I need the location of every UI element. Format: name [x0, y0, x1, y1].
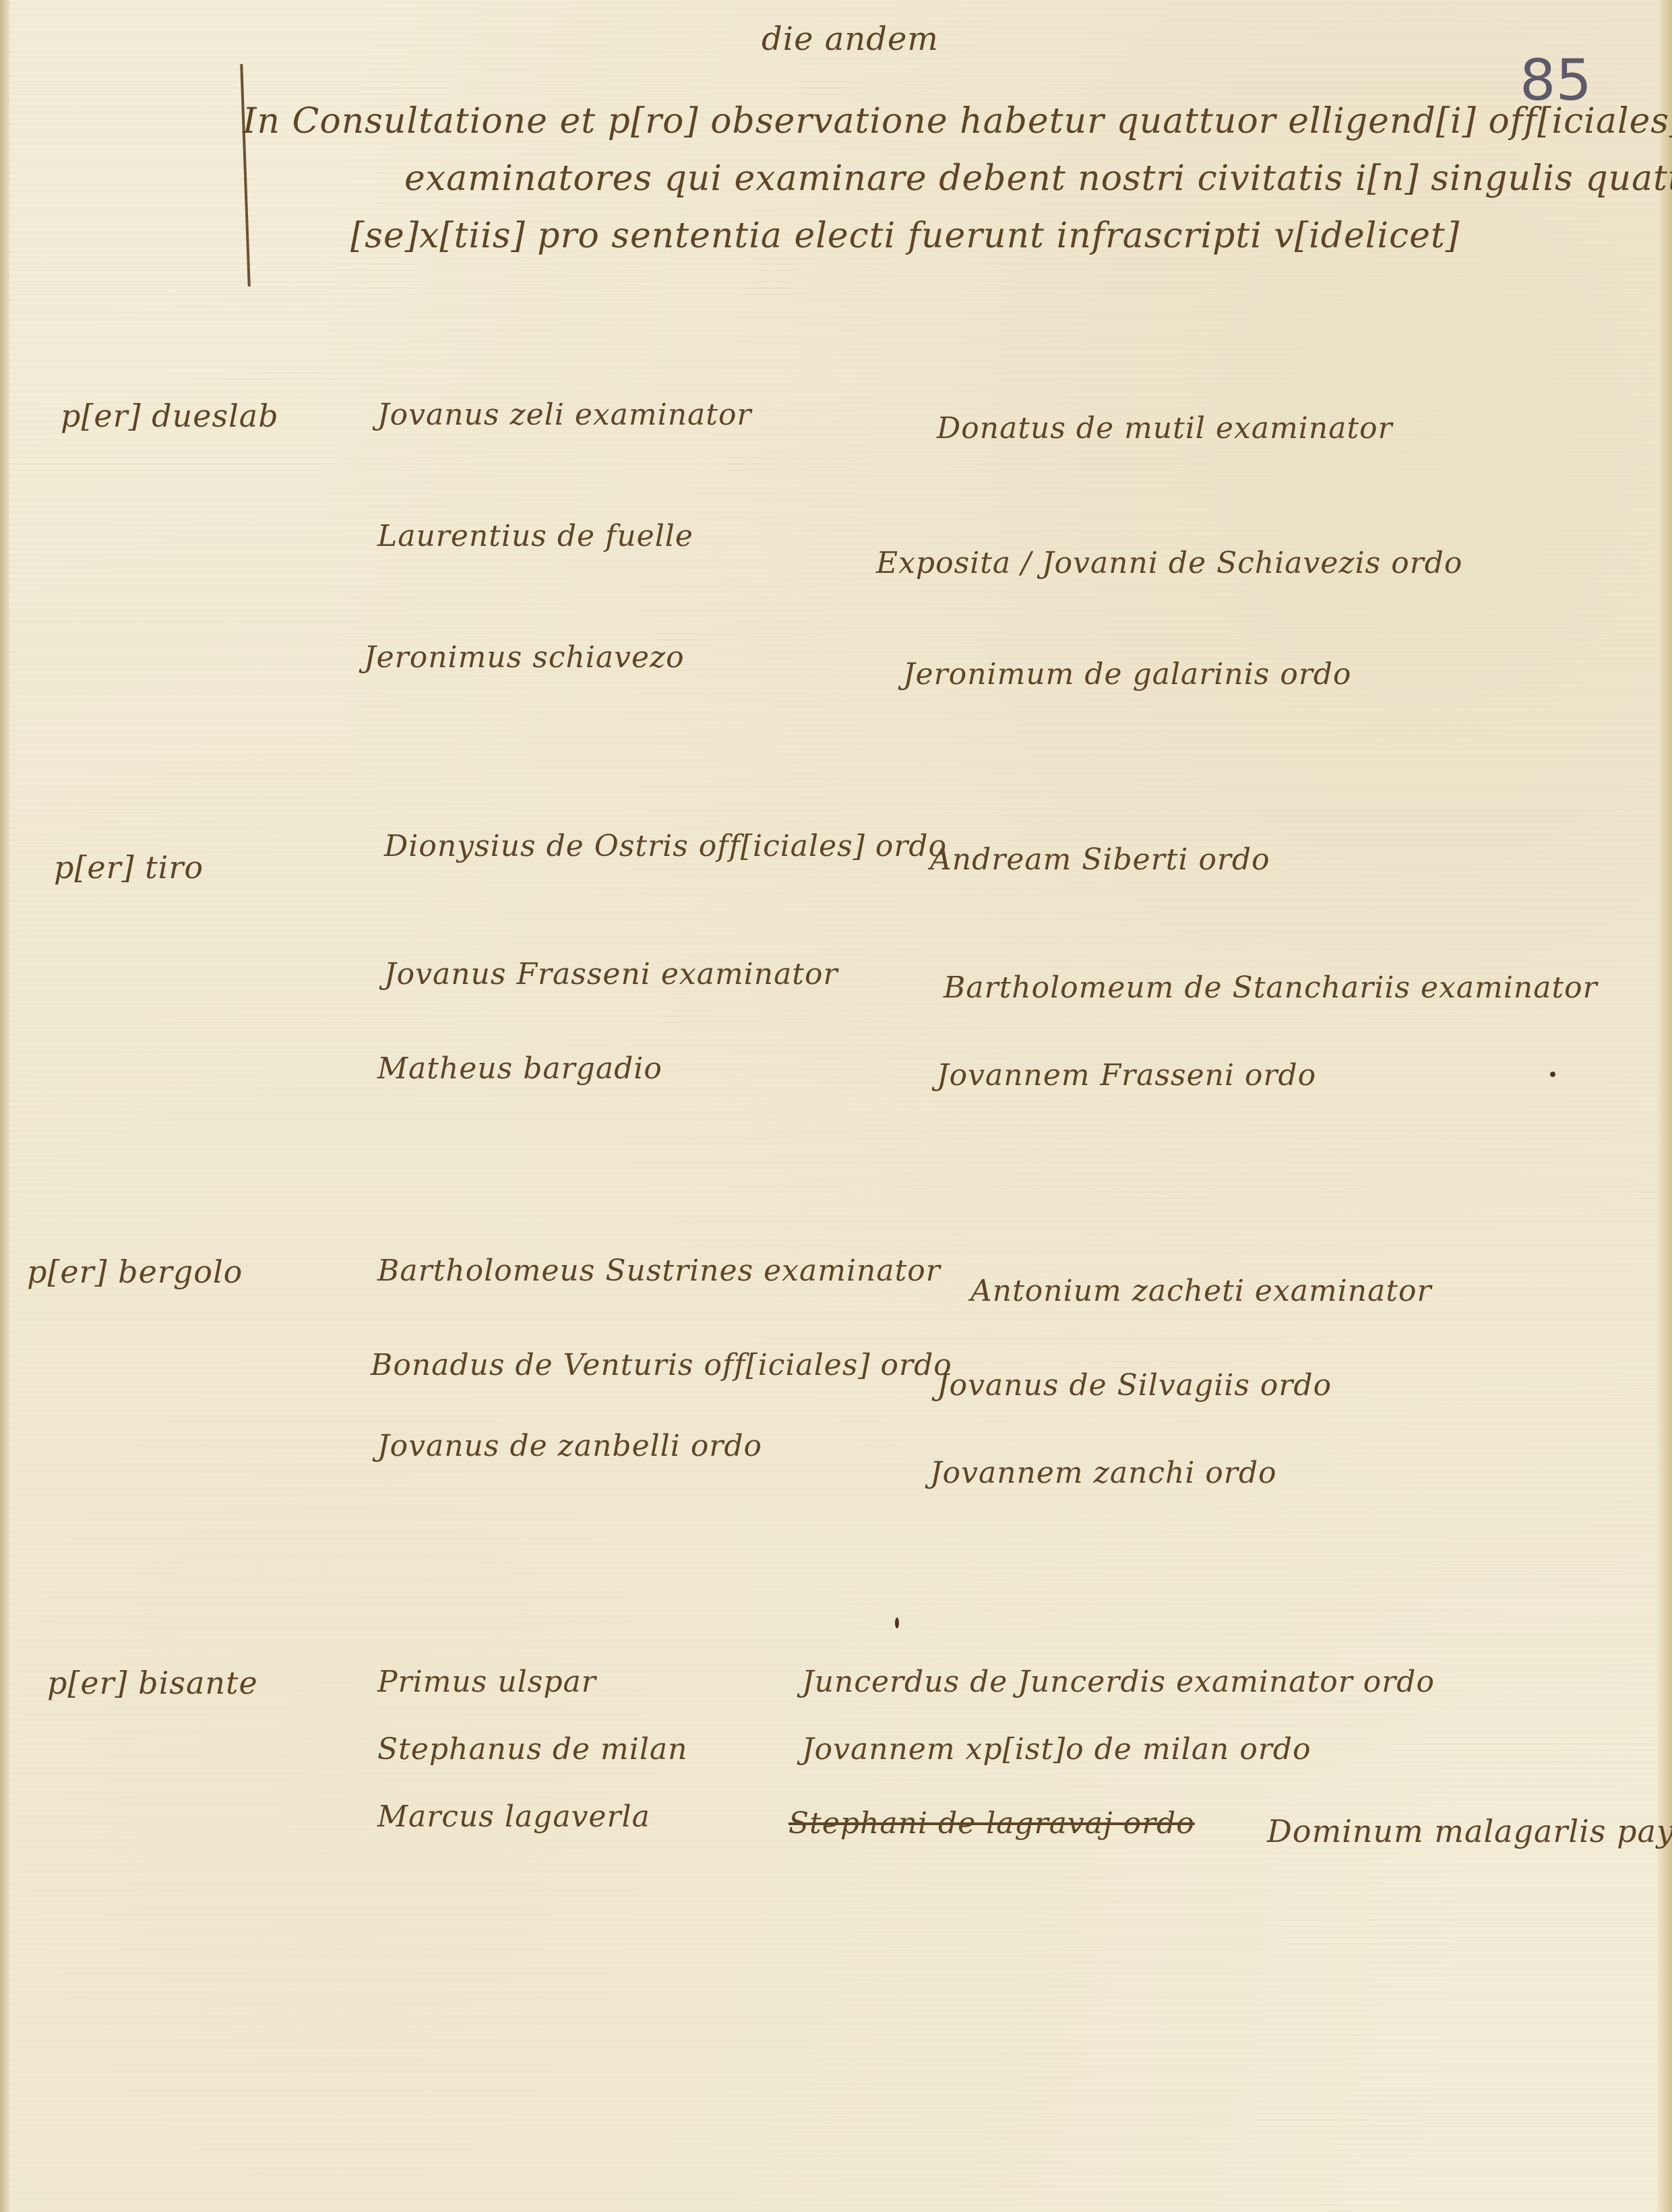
- entry-right: Jovanus de Silvagiis ordo: [937, 1368, 1332, 1403]
- section-label-4: p[er] bisante: [47, 1665, 258, 1701]
- entry-right: Jovannem zanchi ordo: [930, 1456, 1277, 1490]
- intro-line-1: In Consultatione et p[ro] observatione h…: [243, 101, 1672, 142]
- section-label-1: p[er] dueslab: [61, 398, 279, 434]
- intro-line-3: [se]x[tiis] pro sententia electi fuerunt…: [350, 216, 1460, 256]
- entry-right: Andream Siberti ordo: [930, 842, 1270, 877]
- entry-left: Primus ulspar: [377, 1665, 596, 1699]
- page-right-edge: [1657, 0, 1672, 2212]
- page-binding-edge: [0, 0, 9, 2212]
- entry-addition: Dominum malagarlis pay: [1267, 1813, 1672, 1849]
- entry-right: Juncerdus de Juncerdis examinator ordo: [802, 1665, 1435, 1699]
- initial-letter-stroke: [240, 64, 251, 286]
- entry-left: Bartholomeus Sustrines examinator: [377, 1254, 941, 1288]
- entry-left: Dionysius de Ostris off[iciales] ordo: [384, 829, 947, 863]
- page-heading: die andem: [762, 20, 939, 58]
- entry-left: Matheus bargadio: [377, 1051, 662, 1086]
- entry-left: Stephanus de milan: [377, 1732, 687, 1766]
- entry-left: Jeronimus schiavezo: [364, 640, 685, 675]
- entry-left: Jovanus zeli examinator: [377, 398, 751, 432]
- entry-left: Laurentius de fuelle: [377, 519, 693, 553]
- section-label-3: p[er] bergolo: [27, 1254, 243, 1290]
- entry-right: Antonium zacheti examinator: [970, 1274, 1432, 1308]
- entry-left: Bonadus de Venturis off[iciales] ordo: [371, 1348, 952, 1382]
- ink-dot: [1550, 1072, 1555, 1077]
- entry-right: Donatus de mutil examinator: [937, 411, 1393, 446]
- section-label-2: p[er] tiro: [54, 849, 204, 886]
- ink-mark: [895, 1618, 899, 1628]
- entry-struck-through: Stephani de lagravaj ordo: [788, 1806, 1195, 1841]
- entry-left: Marcus lagaverla: [377, 1800, 650, 1834]
- entry-right: Jovannem Frasseni ordo: [937, 1058, 1316, 1093]
- entry-right: Bartholomeum de Stanchariis examinator: [943, 971, 1598, 1005]
- entry-left: Jovanus de zanbelli ordo: [377, 1429, 762, 1463]
- entry-right: Exposita / Jovanni de Schiavezis ordo: [876, 546, 1462, 580]
- intro-line-2: examinatores qui examinare debent nostri…: [404, 158, 1672, 199]
- entry-left: Jovanus Frasseni examinator: [384, 957, 838, 991]
- entry-right: Jeronimum de galarinis ordo: [903, 657, 1352, 692]
- entry-right: Jovannem xp[ist]o de milan ordo: [802, 1732, 1311, 1766]
